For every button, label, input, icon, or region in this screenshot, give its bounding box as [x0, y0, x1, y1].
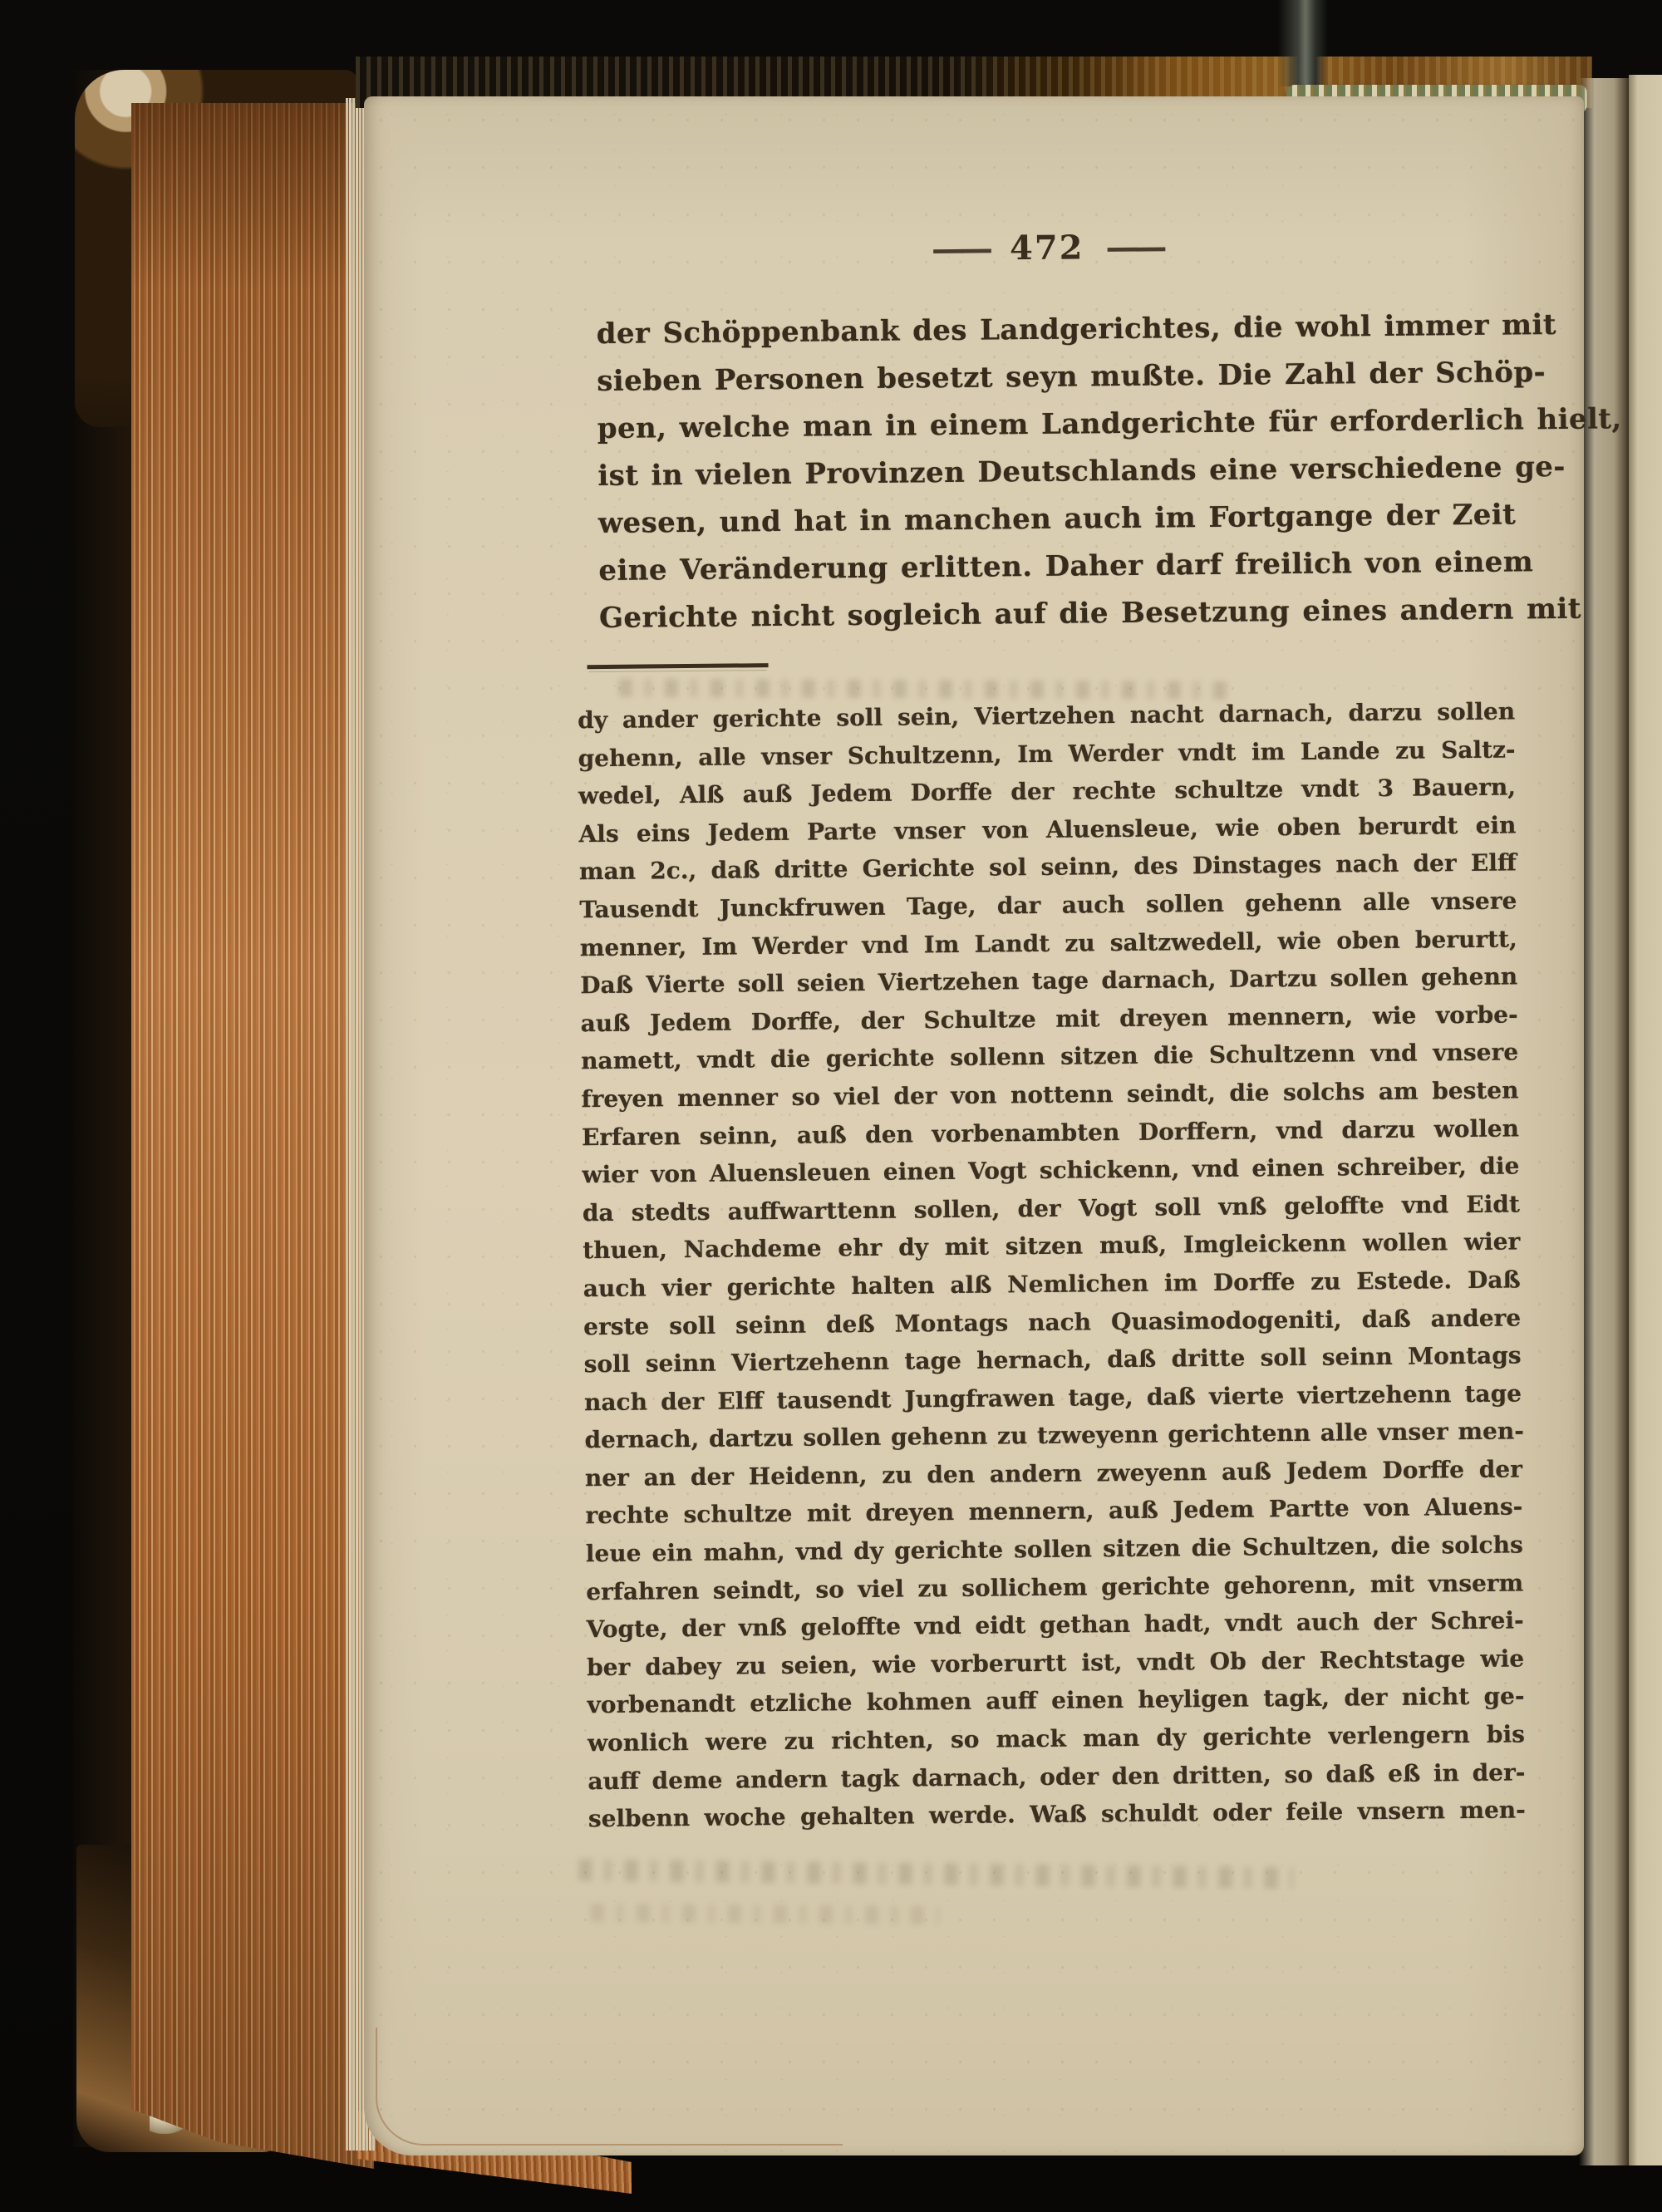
text-line: pen, welche man in einem Landgerichte fü… — [597, 397, 1500, 453]
ink-showthrough — [591, 1904, 940, 1924]
page-number: 472 — [1010, 228, 1084, 268]
main-text-block: der Schöppenbank des Landgerichtes, die … — [596, 302, 1502, 642]
footnote-block: dy ander gerichte soll sein, Viertzehen … — [578, 692, 1526, 1838]
book-scan-page: —— 472 —— der Schöppenbank des Landgeric… — [0, 0, 1662, 2212]
page: —— 472 —— der Schöppenbank des Landgeric… — [364, 96, 1584, 2155]
page-header: —— 472 —— — [596, 224, 1498, 272]
facing-page-edge — [1629, 75, 1662, 2165]
footnote-separator — [588, 663, 769, 669]
text-line: eine Veränderung erlitten. Daher darf fr… — [598, 539, 1501, 595]
ink-showthrough — [578, 1859, 1293, 1889]
header-rule-right: —— — [1105, 228, 1162, 268]
cover-sheen — [1278, 0, 1328, 86]
header-rule-left: —— — [932, 229, 988, 269]
text-line: wesen, und hat in manchen auch im Fortga… — [598, 492, 1501, 548]
footnote-line: selbenn woche gehalten werde. Waß schuld… — [588, 1792, 1526, 1838]
text-line: Gerichte nicht sogleich auf die Besetzun… — [599, 587, 1502, 642]
text-line: ist in vielen Provinzen Deutschlands ein… — [597, 445, 1500, 500]
text-line: der Schöppenbank des Landgerichtes, die … — [596, 302, 1498, 358]
page-content: —— 472 —— der Schöppenbank des Landgeric… — [364, 92, 1604, 2163]
page-fore-edge — [131, 103, 374, 2169]
text-line: sieben Personen besetzt seyn mußte. Die … — [597, 350, 1499, 406]
